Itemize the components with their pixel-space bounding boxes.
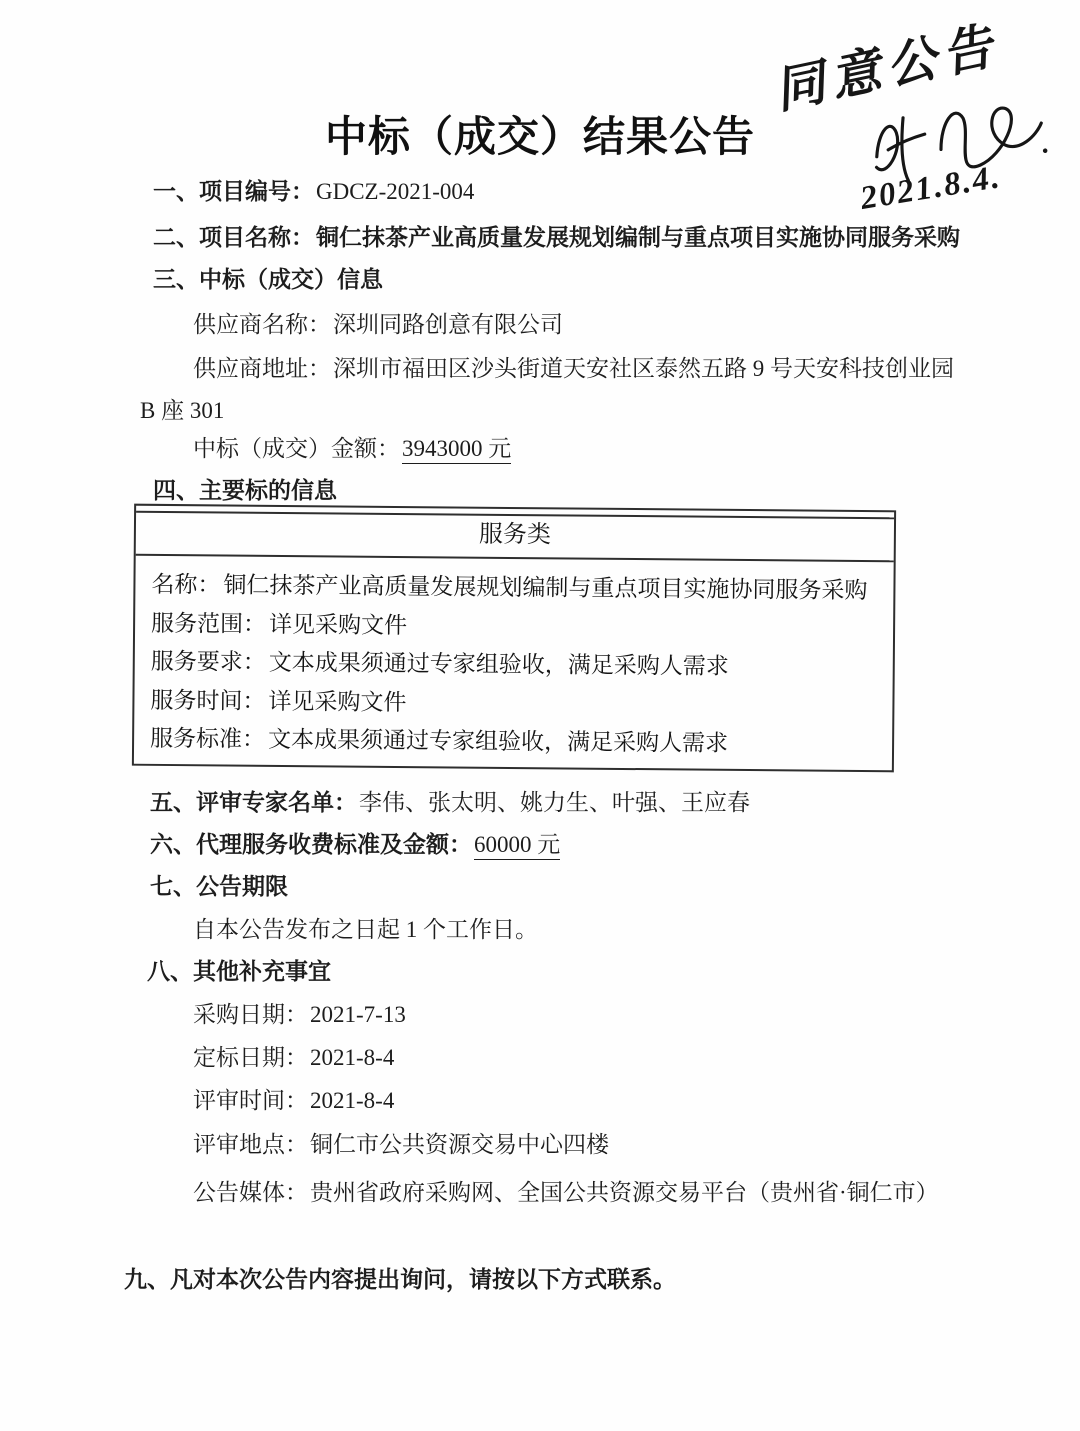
row-requirement-value: 文本成果须通过专家组验收，满足采购人需求 xyxy=(269,649,729,679)
announcement-period-body: 自本公告发布之日起 1 个工作日。 xyxy=(193,916,538,945)
agency-fee-value: 60000 元 xyxy=(474,832,560,860)
purchase-date-line: 采购日期：2021-7-13 xyxy=(193,1001,406,1030)
purchase-date-label: 采购日期： xyxy=(193,1002,308,1027)
project-number-label: 一、项目编号： xyxy=(153,179,314,204)
expert-list-value: 李伟、张太明、姚力生、叶强、王应春 xyxy=(359,790,750,815)
row-name-label: 名称： xyxy=(151,571,220,598)
row-time-label: 服务时间： xyxy=(150,687,265,714)
project-number-line: 一、项目编号：GDCZ-2021-004 xyxy=(153,178,474,207)
supplier-name-line: 供应商名称：深圳同路创意有限公司 xyxy=(193,311,563,340)
service-info-table: 服务类 名称：铜仁抹茶产业高质量发展规划编制与重点项目实施协同服务采购 服务范围… xyxy=(132,504,896,773)
project-name-value: 铜仁抹茶产业高质量发展规划编制与重点项目实施协同服务采购 xyxy=(316,225,960,250)
table-body: 名称：铜仁抹茶产业高质量发展规划编制与重点项目实施协同服务采购 服务范围：详见采… xyxy=(134,556,894,760)
announcement-media-value: 贵州省政府采购网、全国公共资源交易平台（贵州省·铜仁市） xyxy=(310,1180,939,1205)
announcement-media-label: 公告媒体： xyxy=(193,1180,308,1205)
award-amount-label: 中标（成交）金额： xyxy=(193,436,400,461)
award-date-line: 定标日期：2021-8-4 xyxy=(193,1044,394,1073)
row-standard-value: 文本成果须通过专家组验收，满足采购人需求 xyxy=(268,726,728,756)
project-name-label: 二、项目名称： xyxy=(153,225,314,250)
row-requirement-label: 服务要求： xyxy=(151,648,266,675)
review-time-value: 2021-8-4 xyxy=(310,1088,394,1113)
row-scope-label: 服务范围： xyxy=(151,609,266,636)
row-standard-label: 服务标准： xyxy=(150,725,265,752)
supplier-name-label: 供应商名称： xyxy=(193,312,331,337)
row-name-value: 铜仁抹茶产业高质量发展规划编制与重点项目实施协同服务采购 xyxy=(223,571,867,603)
review-time-label: 评审时间： xyxy=(193,1088,308,1113)
agency-fee-line: 六、代理服务收费标准及金额：60000 元 xyxy=(150,831,560,860)
supplier-address-label: 供应商地址： xyxy=(193,356,331,381)
table-row: 名称：铜仁抹茶产业高质量发展规划编制与重点项目实施协同服务采购 xyxy=(151,571,877,605)
review-location-value: 铜仁市公共资源交易中心四楼 xyxy=(310,1132,609,1157)
award-date-label: 定标日期： xyxy=(193,1045,308,1070)
award-amount-line: 中标（成交）金额：3943000 元 xyxy=(193,435,511,464)
award-info-heading: 三、中标（成交）信息 xyxy=(153,266,383,295)
purchase-date-value: 2021-7-13 xyxy=(310,1002,406,1027)
announcement-media-line: 公告媒体：贵州省政府采购网、全国公共资源交易平台（贵州省·铜仁市） xyxy=(193,1179,939,1208)
award-date-value: 2021-8-4 xyxy=(310,1045,394,1070)
subject-info-heading: 四、主要标的信息 xyxy=(153,477,337,506)
document-page: 同意公告 2021.8.4. 中标（成交）结果公告 一、项目编号：GDCZ-20… xyxy=(0,0,1080,1431)
table-row: 服务范围：详见采购文件 xyxy=(151,609,877,643)
review-time-line: 评审时间：2021-8-4 xyxy=(193,1087,394,1116)
table-row: 服务标准：文本成果须通过专家组验收，满足采购人需求 xyxy=(150,725,876,759)
award-amount-value: 3943000 元 xyxy=(402,436,511,464)
expert-list-line: 五、评审专家名单：李伟、张太明、姚力生、叶强、王应春 xyxy=(150,789,750,818)
page-title: 中标（成交）结果公告 xyxy=(0,104,1080,164)
table-row: 服务要求：文本成果须通过专家组验收，满足采购人需求 xyxy=(151,648,877,682)
supplier-address-value: 深圳市福田区沙头街道天安社区泰然五路 9 号天安科技创业园 xyxy=(333,356,954,381)
row-scope-value: 详见采购文件 xyxy=(269,610,407,637)
project-number-value: GDCZ-2021-004 xyxy=(316,179,474,204)
supplier-name-value: 深圳同路创意有限公司 xyxy=(333,312,563,337)
supplier-address-line: 供应商地址：深圳市福田区沙头街道天安社区泰然五路 9 号天安科技创业园 xyxy=(193,355,954,384)
table-row: 服务时间：详见采购文件 xyxy=(150,687,876,721)
row-time-value: 详见采购文件 xyxy=(268,688,406,715)
project-name-line: 二、项目名称：铜仁抹茶产业高质量发展规划编制与重点项目实施协同服务采购 xyxy=(153,224,960,253)
supplementary-heading: 八、其他补充事宜 xyxy=(147,958,331,987)
review-location-line: 评审地点：铜仁市公共资源交易中心四楼 xyxy=(193,1131,609,1160)
contact-heading: 九、凡对本次公告内容提出询问，请按以下方式联系。 xyxy=(124,1266,676,1295)
agency-fee-label: 六、代理服务收费标准及金额： xyxy=(150,832,472,857)
review-location-label: 评审地点： xyxy=(193,1132,308,1157)
supplier-address-continued: B 座 301 xyxy=(140,397,224,426)
expert-list-label: 五、评审专家名单： xyxy=(150,790,357,815)
announcement-period-heading: 七、公告期限 xyxy=(150,873,288,902)
